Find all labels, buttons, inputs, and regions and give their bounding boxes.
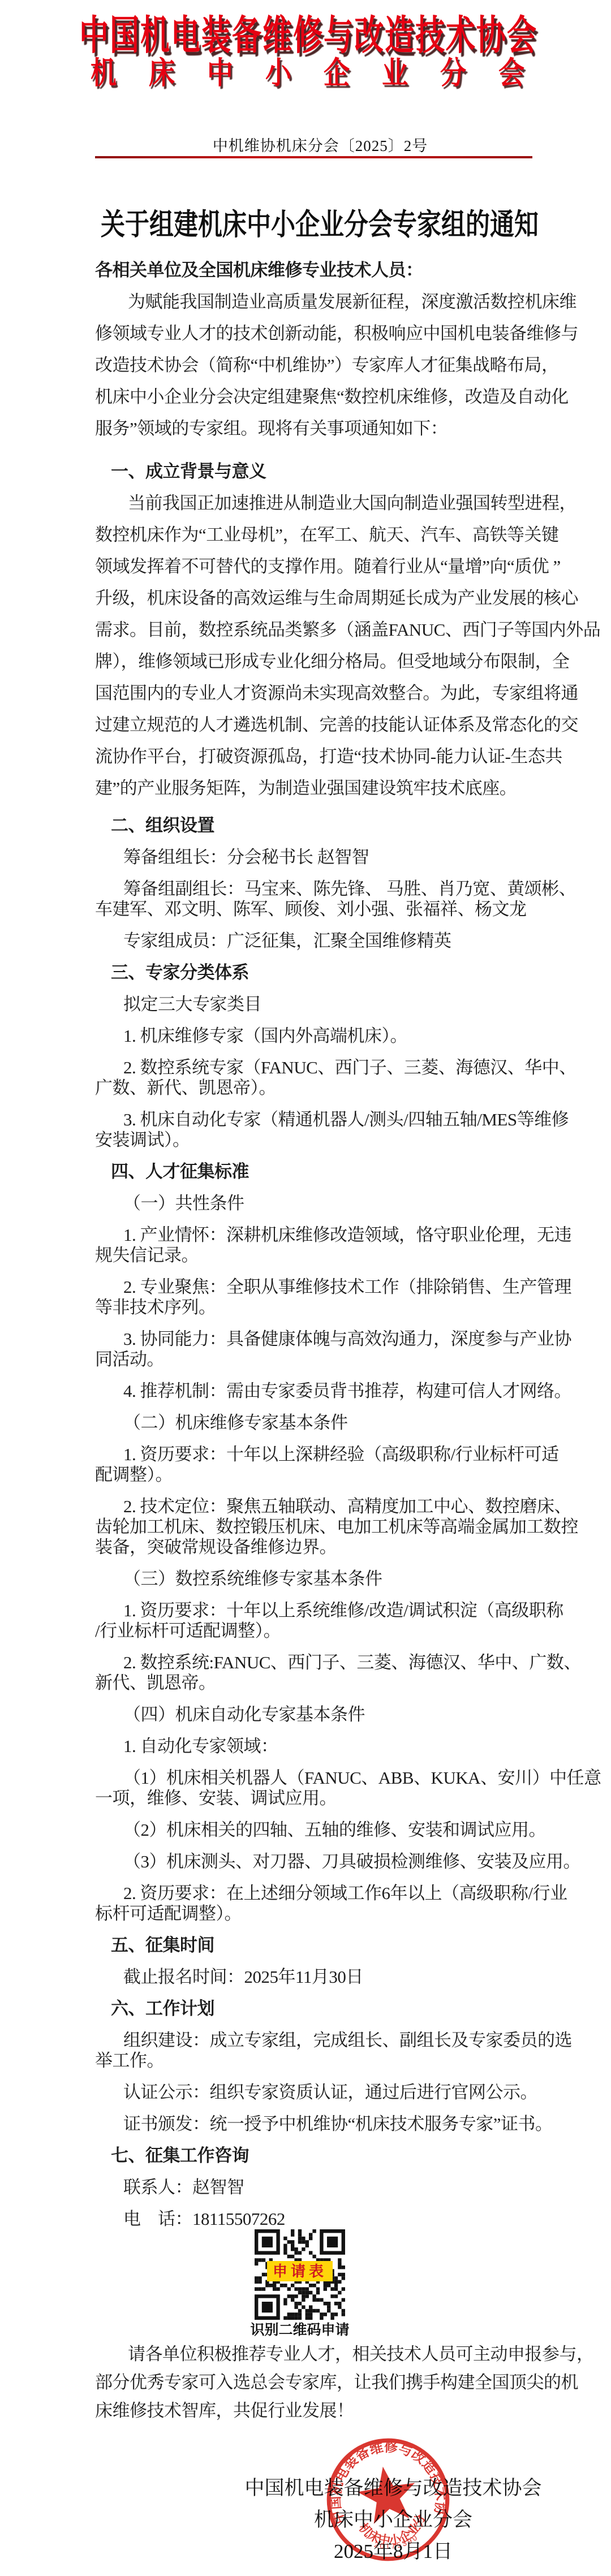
letterhead-line2: 机床中小企业分会 bbox=[91, 49, 543, 93]
text-line: 需求。目前，数控系统品类繁多（涵盖FANUC、西门子等国内外品 bbox=[95, 614, 539, 646]
text-line: 1. 产业情怀：深耕机床维修改造领域，恪守职业伦理，无违 bbox=[95, 1225, 539, 1245]
text-line: 标杆可适配调整）。 bbox=[95, 1904, 539, 1924]
red-divider bbox=[95, 156, 532, 158]
text-line: 修领域专业人才的技术创新动能，积极响应中国机电装备维修与 bbox=[95, 318, 539, 349]
document-body: 各相关单位及全国机床维修专业技术人员：为赋能我国制造业高质量发展新征程，深度激活… bbox=[95, 254, 539, 2229]
text-line: 过建立规范的人才遴选机制、完善的技能认证体系及常态化的交 bbox=[95, 709, 539, 741]
text-line: 组织建设：成立专家组，完成组长、副组长及专家委员的选 bbox=[95, 2030, 539, 2051]
text-line: 四、人才征集标准 bbox=[95, 1162, 539, 1182]
text-line: 五、征集时间 bbox=[95, 1935, 539, 1956]
text-line: 机床中小企业分会决定组建聚焦“数控机床维修，改造及自动化 bbox=[95, 381, 539, 413]
text-line: 齿轮加工机床、数控锻压机床、电加工机床等高端金属加工数控 bbox=[95, 1517, 539, 1537]
text-line: （四）机床自动化专家基本条件 bbox=[95, 1705, 539, 1725]
text-line: 规失信记录。 bbox=[95, 1245, 539, 1266]
text-line: 1. 自动化专家领域： bbox=[95, 1736, 539, 1757]
text-line: 专家组成员：广泛征集，汇聚全国维修精英 bbox=[95, 931, 539, 951]
text-line: 电 话：18115507262 bbox=[95, 2209, 539, 2229]
text-line: 1. 机床维修专家（国内外高端机床）。 bbox=[95, 1026, 539, 1046]
text-line: 2. 资历要求：在上述细分领域工作6年以上（高级职称/行业 bbox=[95, 1883, 539, 1904]
text-line: 1. 资历要求：十年以上系统维修/改造/调试积淀（高级职称 bbox=[95, 1600, 539, 1621]
text-line: （二）机床维修专家基本条件 bbox=[95, 1413, 539, 1433]
text-line: 2. 数控系统专家（FANUC、西门子、三菱、海德汉、华中、 bbox=[95, 1058, 539, 1078]
text-line: 七、征集工作咨询 bbox=[95, 2146, 539, 2166]
text-line: 床维修技术智库，共促行业发展！ bbox=[95, 2397, 542, 2425]
text-line: 3. 机床自动化专家（精通机器人/测头/四轴五轴/MES等维修 bbox=[95, 1110, 539, 1130]
text-line: 安装调试）。 bbox=[95, 1130, 539, 1150]
text-line: 各相关单位及全国机床维修专业技术人员： bbox=[95, 254, 539, 286]
text-line: 一、成立背景与意义 bbox=[95, 456, 539, 487]
text-line: 牌），维修领域已形成专业化细分格局。但受地域分布限制，全 bbox=[95, 646, 539, 678]
text-line: 举工作。 bbox=[95, 2051, 539, 2071]
text-line: 拟定三大专家类目 bbox=[95, 994, 539, 1015]
text-line: 2. 技术定位：聚焦五轴联动、高精度加工中心、数控磨床、 bbox=[95, 1496, 539, 1517]
text-line: 六、工作计划 bbox=[95, 1999, 539, 2019]
text-line: 车建军、邓文明、陈军、顾俊、刘小强、张福祥、杨文龙 bbox=[95, 899, 539, 920]
notice-document: 中国机电装备维修与改造技术协会 机床中小企业分会 中机维协机床分会〔2025〕2… bbox=[0, 0, 611, 2576]
text-line: 当前我国正加速推进从制造业大国向制造业强国转型进程， bbox=[95, 487, 539, 519]
text-line: 2. 专业聚焦：全职从事维修技术工作（排除销售、生产管理 bbox=[95, 1277, 539, 1297]
text-line: 领域发挥着不可替代的支撑作用。随着行业从“量增”向“质优 ” bbox=[95, 551, 539, 582]
text-line: 同活动。 bbox=[95, 1349, 539, 1370]
text-line: （2）机床相关的四轴、五轴的维修、安装和调试应用。 bbox=[95, 1820, 539, 1840]
text-line: 截止报名时间：2025年11月30日 bbox=[95, 1967, 539, 1987]
text-line: 筹备组副组长：马宝来、陈先锋、 马胜、肖乃宽、黄颂彬、 bbox=[95, 879, 539, 899]
text-line: 国范围内的专业人才资源尚未实现高效整合。为此，专家组将通 bbox=[95, 678, 539, 709]
official-seal: 中国机电装备维修与改造技术协会 机床中小企业分会 20175390 bbox=[315, 2426, 462, 2574]
doc-number: 中机维协机床分会〔2025〕2号 bbox=[0, 133, 611, 156]
text-line: 联系人：赵智智 bbox=[95, 2177, 539, 2198]
text-line: 新代、凯恩帝。 bbox=[95, 1673, 539, 1693]
qr-code: 申请表 bbox=[255, 2229, 345, 2320]
text-line: （3）机床测头、对刀器、刀具破损检测维修、安装及应用。 bbox=[95, 1852, 539, 1872]
text-line: 三、专家分类体系 bbox=[95, 963, 539, 983]
closing-paragraph: 请各单位积极推荐专业人才，相关技术人员可主动申报参与，部分优秀专家可入选总会专家… bbox=[95, 2340, 542, 2425]
notice-title: 关于组建机床中小企业分会专家组的通知 bbox=[0, 201, 611, 243]
text-line: （1）机床相关机器人（FANUC、ABB、KUKA、安川）中任意 bbox=[95, 1768, 539, 1788]
text-line: 证书颁发：统一授予中机维协“机床技术服务专家”证书。 bbox=[95, 2114, 539, 2134]
seal-star-icon bbox=[354, 2462, 420, 2526]
text-line: （一）共性条件 bbox=[95, 1193, 539, 1214]
text-line: 筹备组组长：分会秘书长 赵智智 bbox=[95, 847, 539, 868]
qr-caption: 识别二维码申请 bbox=[226, 2319, 373, 2339]
text-line: 3. 协同能力：具备健康体魄与高效沟通力，深度参与产业协 bbox=[95, 1329, 539, 1349]
text-line: 改造技术协会（简称“中机维协”）专家库人才征集战略布局， bbox=[95, 349, 539, 381]
text-line: 1. 资历要求：十年以上深耕经验（高级职称/行业标杆可适 bbox=[95, 1444, 539, 1465]
text-line: 建”的产业服务矩阵，为制造业强国建设筑牢技术底座。 bbox=[95, 773, 539, 804]
text-line: 2. 数控系统:FANUC、西门子、三菱、海德汉、华中、广数、 bbox=[95, 1652, 539, 1673]
text-line: 升级，机床设备的高效运维与生命周期延长成为产业发展的核心 bbox=[95, 582, 539, 614]
text-line: 装备，突破常规设备维修边界。 bbox=[95, 1537, 539, 1557]
text-line: 为赋能我国制造业高质量发展新征程，深度激活数控机床维 bbox=[95, 286, 539, 318]
text-line: 二、组织设置 bbox=[95, 815, 539, 836]
text-line: 一项，维修、安装、调试应用。 bbox=[95, 1788, 539, 1809]
text-line: 4. 推荐机制：需由专家委员背书推荐，构建可信人才网络。 bbox=[95, 1381, 539, 1401]
text-line: 服务”领域的专家组。现将有关事项通知如下： bbox=[95, 413, 539, 445]
text-line: 认证公示：组织专家资质认证，通过后进行官网公示。 bbox=[95, 2082, 539, 2103]
text-line: （三）数控系统维修专家基本条件 bbox=[95, 1569, 539, 1589]
text-line: 部分优秀专家可入选总会专家库，让我们携手构建全国顶尖的机 bbox=[95, 2368, 542, 2397]
qr-application-form-label: 申请表 bbox=[267, 2261, 333, 2281]
text-line: 请各单位积极推荐专业人才，相关技术人员可主动申报参与， bbox=[95, 2340, 542, 2368]
text-line: 流协作平台，打破资源孤岛，打造“技术协同-能力认证-生态共 bbox=[95, 741, 539, 773]
text-line: 配调整）。 bbox=[95, 1465, 539, 1485]
text-line: 广数、新代、凯恩帝）。 bbox=[95, 1078, 539, 1098]
text-line: 等非技术序列。 bbox=[95, 1297, 539, 1318]
text-line: /行业标杆可适配调整）。 bbox=[95, 1621, 539, 1641]
text-line: 数控机床作为“工业母机”，在军工、航天、汽车、高铁等关键 bbox=[95, 519, 539, 551]
